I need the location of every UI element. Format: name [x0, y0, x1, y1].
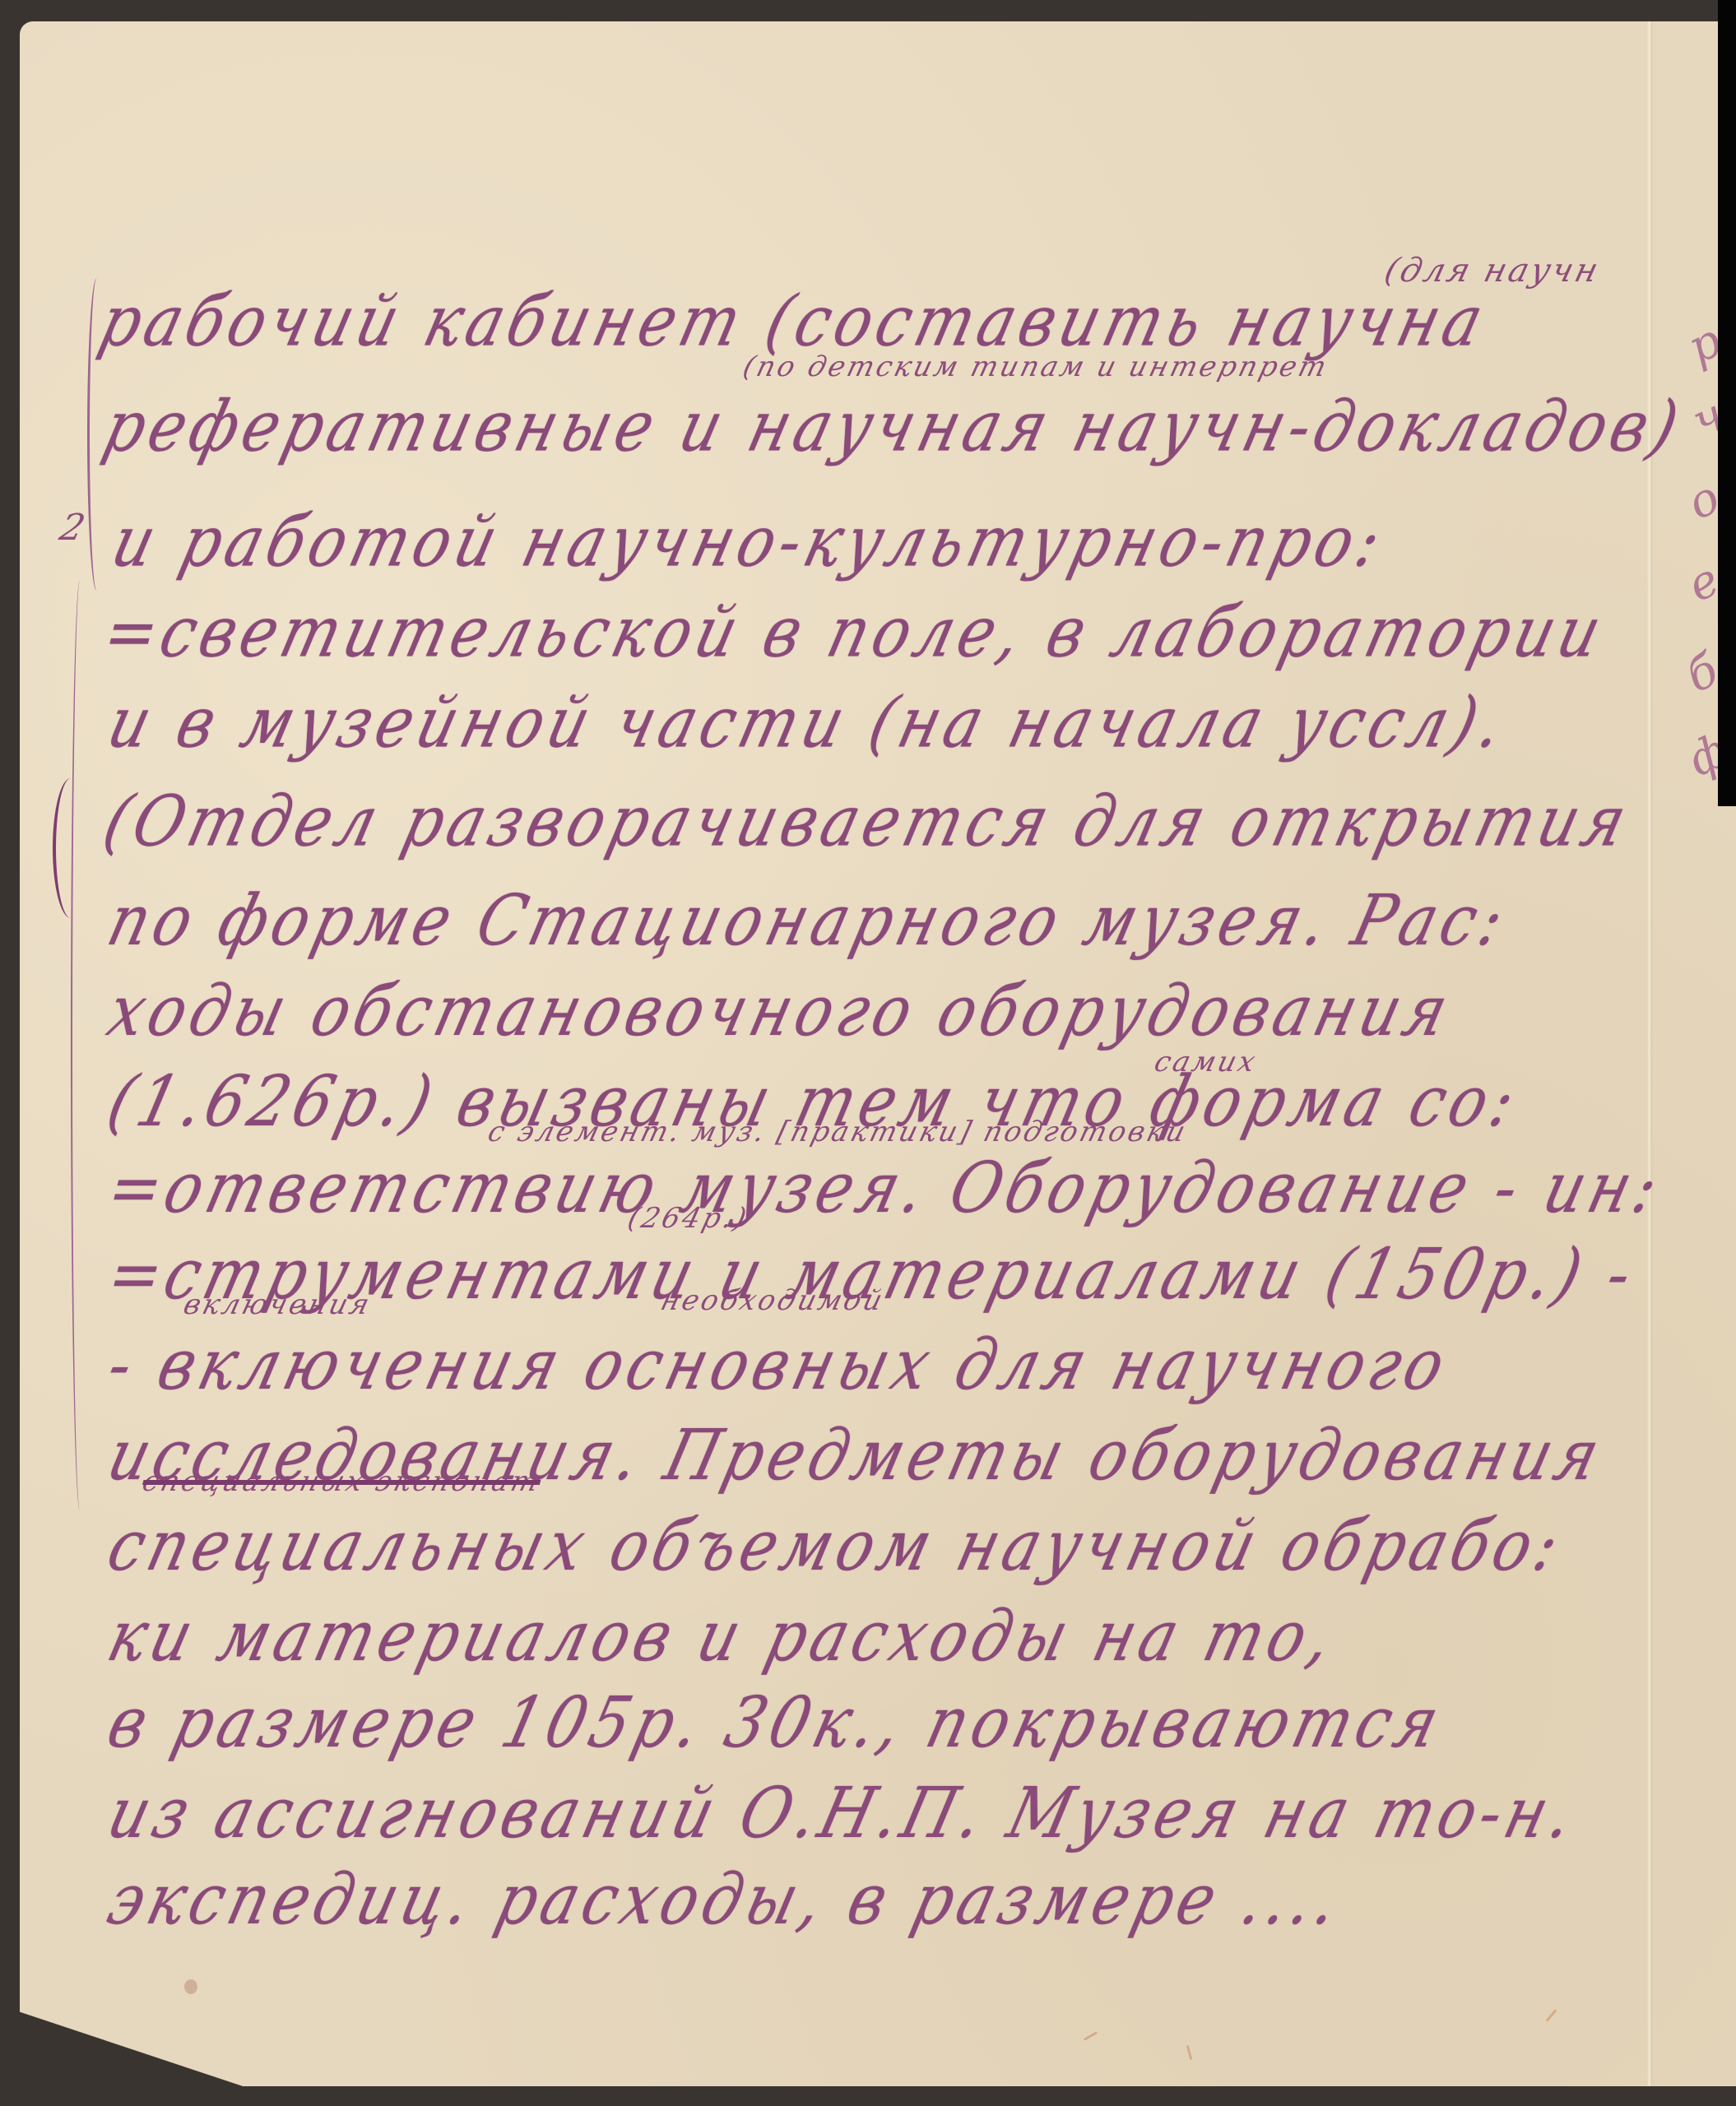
paper-fold-crease	[1647, 21, 1654, 2086]
manuscript-line: =ответствию музея. Оборудование - ин:	[100, 1148, 1671, 1229]
manuscript-line: =светительской в поле, в лаборатории	[96, 592, 1614, 674]
manuscript-line: и в музейной части (на начала уссл).	[100, 683, 1516, 764]
manuscript-line: (1.626р.) вызваны тем что форма со:	[100, 1061, 1528, 1143]
manuscript-line: ходы обстановочного оборудования	[100, 971, 1460, 1052]
manuscript-line: рабочий кабинет (составить научна	[92, 281, 1496, 363]
manuscript-line: ки материалов и расходы на то,	[100, 1596, 1345, 1677]
paper-fibre	[1084, 2031, 1098, 2041]
manuscript-line: реферативные и научная научн-докладов)	[96, 387, 1691, 468]
margin-line	[71, 581, 89, 1510]
manuscript-line: специальных объемом научной обрабо:	[100, 1505, 1571, 1587]
manuscript-line: и работой научно-культурно-про:	[104, 502, 1394, 583]
manuscript-line: - включения основных для научного	[100, 1324, 1458, 1406]
manuscript-line: экспедиц. расходы, в размере ....	[100, 1859, 1351, 1941]
margin-paren	[53, 778, 89, 918]
paper-fibre	[1186, 2045, 1193, 2060]
paper-fibre	[1546, 2009, 1557, 2022]
paper-stain	[184, 1979, 197, 1994]
manuscript-line: (Отдел разворачивается для открытия	[96, 782, 1639, 863]
margin-mark: 2	[56, 507, 92, 549]
scan-edge-strip	[1718, 0, 1736, 806]
manuscript-line: в размере 105р. 30к., покрываются	[100, 1682, 1452, 1764]
manuscript-line: =струментами и материалами (150р.) -	[100, 1234, 1645, 1315]
manuscript-line: из ассигнований О.Н.П. Музея на то-н.	[100, 1773, 1586, 1854]
manuscript-page: 2 (для научн (по детским типам и интерпр…	[20, 21, 1736, 2086]
manuscript-line: по форме Стационарного музея. Рас:	[100, 880, 1516, 962]
manuscript-line: исследования. Предметы оборудования	[100, 1415, 1613, 1496]
